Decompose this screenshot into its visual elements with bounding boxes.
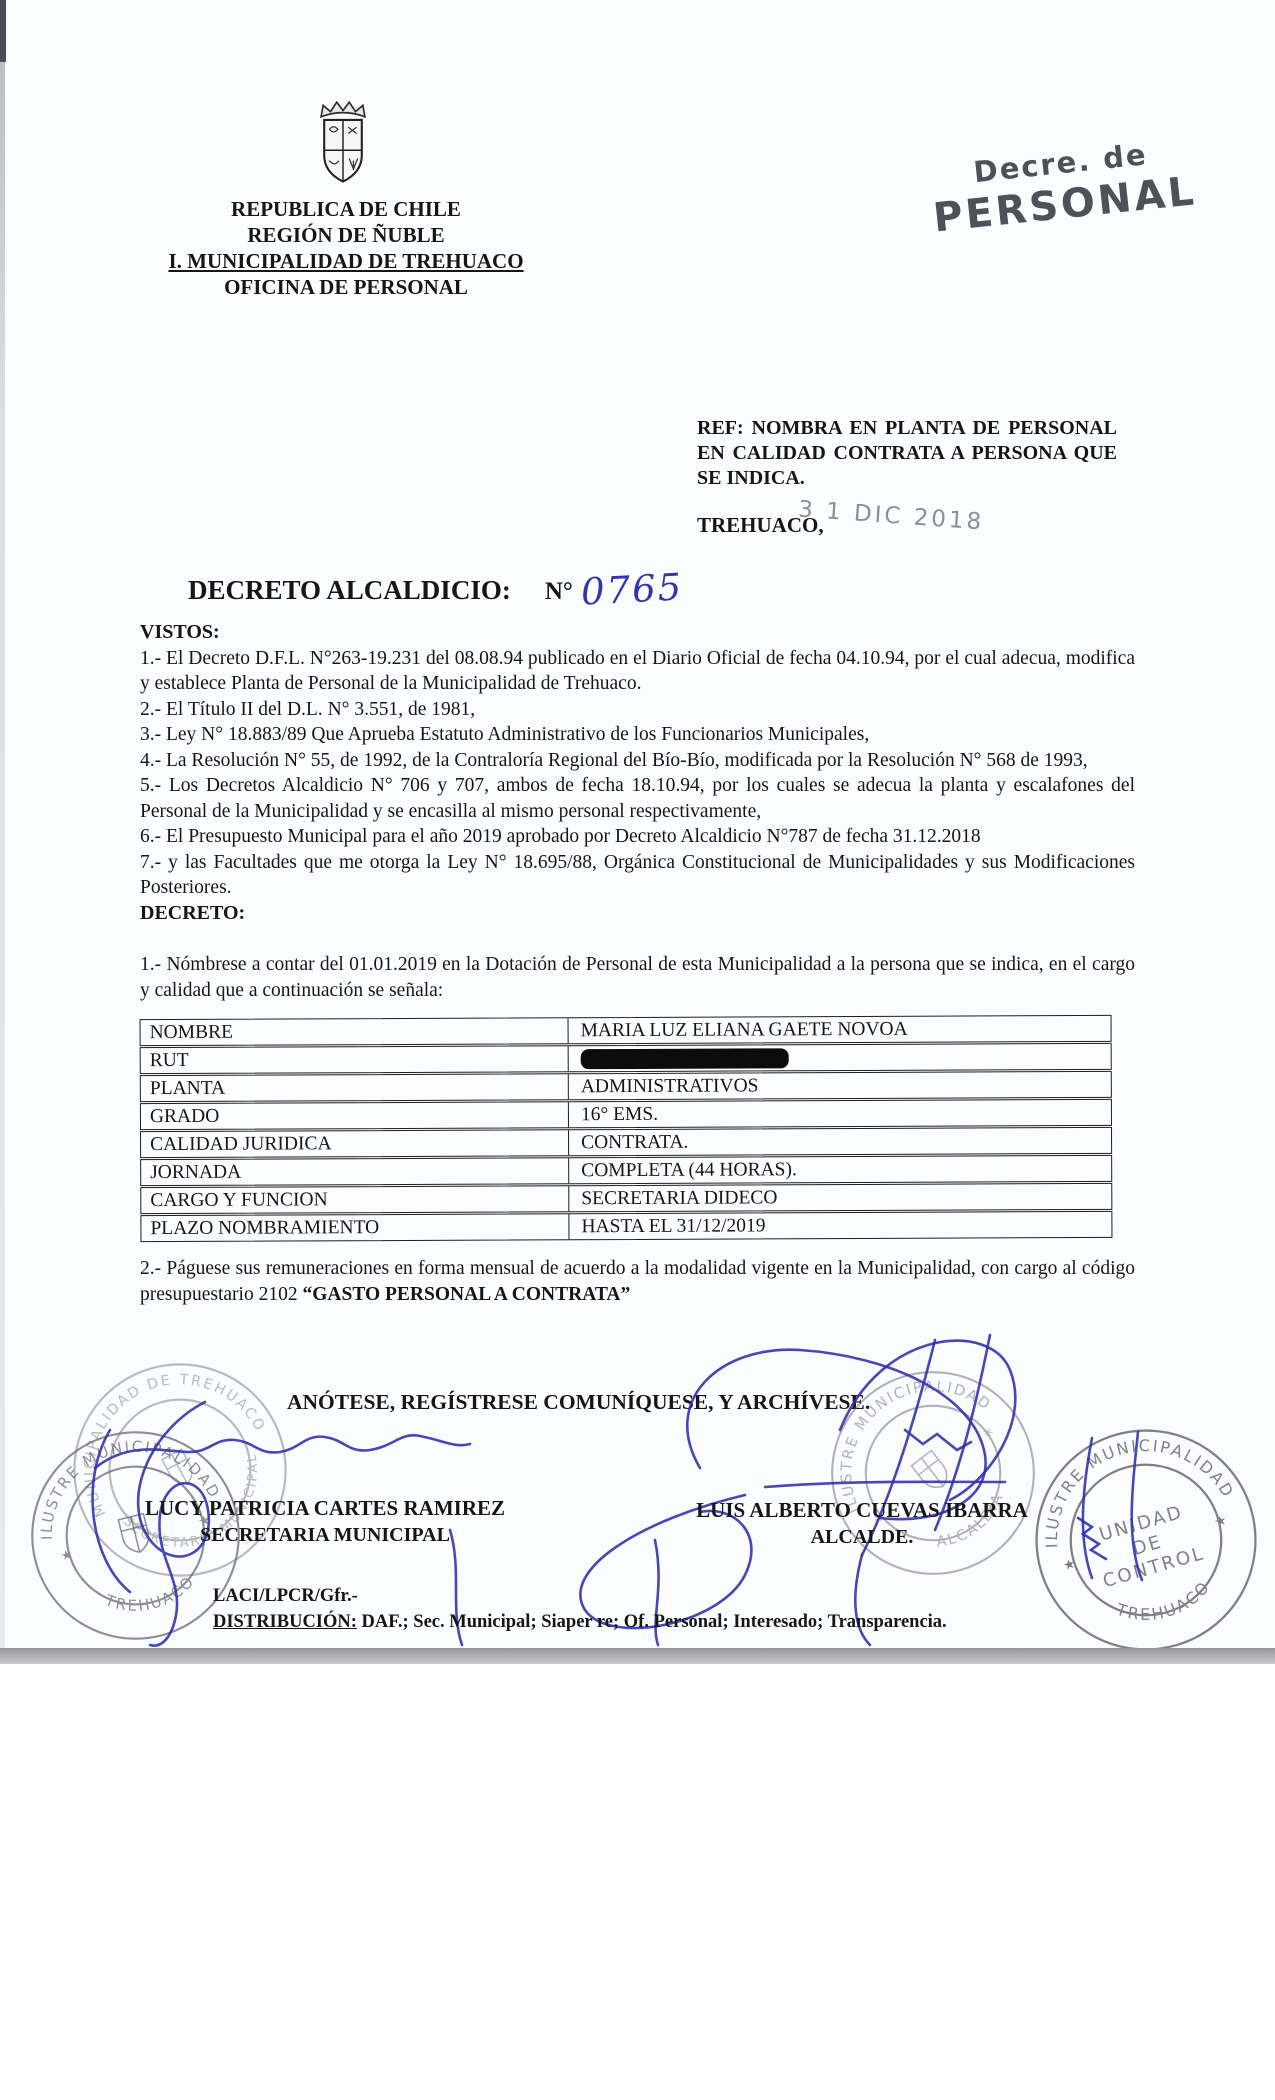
budget-code-bold: “GASTO PERSONAL A CONTRATA”: [302, 1284, 630, 1305]
distribution-line: DISTRIBUCIÓN: DAF.; Sec. Municipal; Siap…: [213, 1609, 947, 1635]
decreto-paragraph-2: 2.- Páguese sus remuneraciones en forma …: [140, 1256, 1135, 1307]
scanned-decree-page: REPUBLICA DE CHILE REGIÓN DE ÑUBLE I. MU…: [0, 0, 1275, 2100]
redaction-bar: [581, 1048, 789, 1069]
table-row: NOMBREMARIA LUZ ELIANA GAETE NOVOA: [140, 1015, 1112, 1046]
table-row: CALIDAD JURIDICACONTRATA.: [140, 1127, 1112, 1158]
vistos-item: 1.- El Decreto D.F.L. N°263-19.231 del 0…: [140, 646, 1135, 697]
decree-body: VISTOS: 1.- El Decreto D.F.L. N°263-19.2…: [140, 620, 1135, 1307]
vistos-item: 6.- El Presupuesto Municipal para el año…: [140, 824, 1135, 850]
ref-label: REF:: [697, 417, 744, 439]
vistos-item: 5.- Los Decretos Alcaldicio N° 706 y 707…: [140, 773, 1135, 824]
distribution-label: DISTRIBUCIÓN:: [213, 1612, 357, 1632]
signer-title: ALCALDE.: [672, 1526, 1052, 1549]
drafting-initials: LACI/LPCR/Gfr.-: [213, 1583, 947, 1609]
decree-title-line: DECRETO ALCALDICIO:N°0765: [188, 565, 683, 608]
vistos-item: 4.- La Resolución N° 55, de 1992, de la …: [140, 748, 1135, 774]
letterhead-country: REPUBLICA DE CHILE: [156, 196, 536, 222]
decree-title: DECRETO ALCALDICIO:: [188, 575, 511, 605]
table-row: PLAZO NOMBRAMIENTOHASTA EL 31/12/2019: [140, 1211, 1112, 1242]
distribution-items: DAF.; Sec. Municipal; Siaper re; Of. Per…: [357, 1612, 947, 1632]
signer-name: LUCY PATRICIA CARTES RAMIREZ: [115, 1496, 535, 1521]
vistos-heading: VISTOS:: [140, 620, 1135, 646]
decreto-heading: DECRETO:: [140, 901, 1135, 927]
letterhead-municipality: I. MUNICIPALIDAD DE TREHUACO: [156, 248, 536, 274]
table-row: GRADO16° EMS.: [140, 1099, 1112, 1130]
table-row: CARGO Y FUNCIONSECRETARIA DIDECO: [140, 1183, 1112, 1214]
table-row: RUT: [140, 1043, 1112, 1074]
coat-of-arms: [312, 98, 374, 192]
signature-block-alcalde: LUIS ALBERTO CUEVAS IBARRA ALCALDE.: [672, 1498, 1052, 1549]
scan-bottom-shadow: [0, 1648, 1275, 1664]
scan-left-edge-dark: [0, 0, 6, 62]
appointment-table: NOMBREMARIA LUZ ELIANA GAETE NOVOA RUT P…: [140, 1015, 1113, 1242]
signer-name: LUIS ALBERTO CUEVAS IBARRA: [672, 1498, 1052, 1523]
decreto-paragraph-1: 1.- Nómbrese a contar del 01.01.2019 en …: [140, 952, 1135, 1003]
ref-text: NOMBRA EN PLANTA DE PERSONAL EN CALIDAD …: [697, 417, 1117, 489]
ref-block: REF: NOMBRA EN PLANTA DE PERSONAL EN CAL…: [697, 416, 1117, 491]
decree-number-label: N°: [545, 578, 573, 605]
footer-block: LACI/LPCR/Gfr.- DISTRIBUCIÓN: DAF.; Sec.…: [213, 1583, 947, 1635]
signer-title: SECRETARIA MUNICIPAL: [115, 1524, 535, 1547]
vistos-item: 2.- El Título II del D.L. N° 3.551, de 1…: [140, 697, 1135, 723]
vistos-item: 7.- y las Facultades que me otorga la Le…: [140, 850, 1135, 901]
letterhead: REPUBLICA DE CHILE REGIÓN DE ÑUBLE I. MU…: [156, 196, 536, 300]
decree-number-handwritten: 0765: [580, 565, 684, 613]
signature-block-secretaria: LUCY PATRICIA CARTES RAMIREZ SECRETARIA …: [115, 1496, 535, 1547]
letterhead-office: OFICINA DE PERSONAL: [156, 274, 536, 300]
vistos-item: 3.- Ley N° 18.883/89 Que Aprueba Estatut…: [140, 722, 1135, 748]
table-row: PLANTAADMINISTRATIVOS: [140, 1071, 1112, 1102]
letterhead-region: REGIÓN DE ÑUBLE: [156, 222, 536, 248]
table-row: JORNADACOMPLETA (44 HORAS).: [140, 1155, 1112, 1186]
